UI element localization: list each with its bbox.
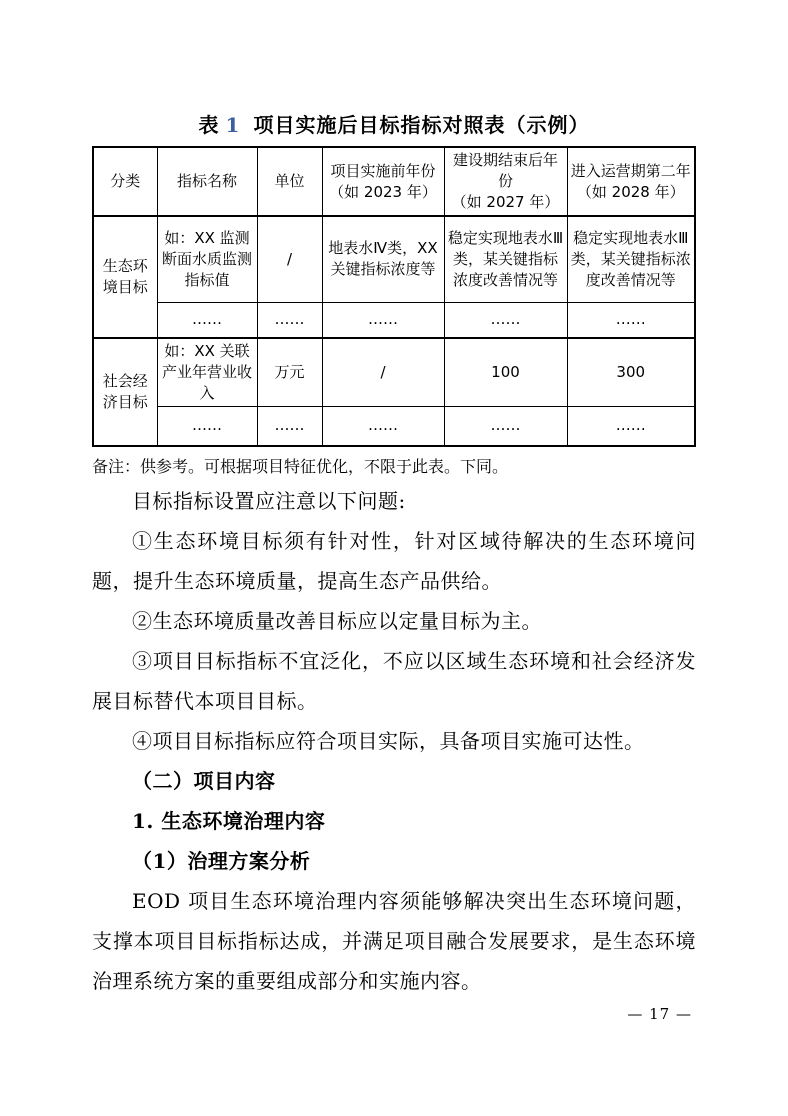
document-page: 表1项目实施后目标指标对照表（示例） 分类 指标名称 单位 项目实施前年份（如 … <box>0 0 788 1116</box>
subsection-heading-eco-governance-content: 1. 生态环境治理内容 <box>92 801 696 841</box>
table-cell: …… <box>567 302 695 338</box>
table-caption-number: 1 <box>226 113 241 137</box>
table-cell: 稳定实现地表水Ⅲ类，某关键指标浓度改善情况等 <box>567 216 695 302</box>
table-cell: 万元 <box>257 338 322 407</box>
table-cell: 如：XX 监测断面水质监测指标值 <box>157 216 257 302</box>
table-caption-label: 表 <box>199 113 220 137</box>
table-row: 社会经济目标 如：XX 关联产业年营业收入 万元 / 100 300 <box>93 338 695 407</box>
paragraph: ①生态环境目标须有针对性，针对区域待解决的生态环境问题，提升生态环境质量，提高生… <box>92 521 696 601</box>
table-caption: 表1项目实施后目标指标对照表（示例） <box>92 112 696 138</box>
column-header-category: 分类 <box>93 147 157 216</box>
body-text: 目标指标设置应注意以下问题: ①生态环境目标须有针对性，针对区域待解决的生态环境… <box>92 481 696 1001</box>
table-footnote: 备注：供参考。可根据项目特征优化，不限于此表。下同。 <box>92 457 696 477</box>
table-row-ellipsis: …… …… …… …… …… <box>93 302 695 338</box>
table-cell: 300 <box>567 338 695 407</box>
table-row: 生态环境目标 如：XX 监测断面水质监测指标值 / 地表水Ⅳ类，XX 关键指标浓… <box>93 216 695 302</box>
paragraph: EOD 项目生态环境治理内容须能够解决突出生态环境问题，支撑本项目目标指标达成，… <box>92 881 696 1001</box>
paragraph: ③项目目标指标不宜泛化，不应以区域生态环境和社会经济发展目标替代本项目目标。 <box>92 641 696 721</box>
column-header-unit: 单位 <box>257 147 322 216</box>
page-content: 表1项目实施后目标指标对照表（示例） 分类 指标名称 单位 项目实施前年份（如 … <box>92 112 696 1001</box>
table-cell: …… <box>157 407 257 446</box>
table-row-ellipsis: …… …… …… …… …… <box>93 407 695 446</box>
table-cell: / <box>322 338 444 407</box>
table-cell: …… <box>322 407 444 446</box>
table-cell: …… <box>157 302 257 338</box>
target-indicator-table: 分类 指标名称 单位 项目实施前年份（如 2023 年） 建设期结束后年份（如 … <box>92 146 696 447</box>
table-cell: …… <box>257 407 322 446</box>
table-cell: …… <box>322 302 444 338</box>
subsection-heading-governance-plan-analysis: （1）治理方案分析 <box>92 841 696 881</box>
table-cell: 如：XX 关联产业年营业收入 <box>157 338 257 407</box>
paragraph: ②生态环境质量改善目标应以定量目标为主。 <box>92 601 696 641</box>
column-header-post-construction-year: 建设期结束后年份（如 2027 年） <box>444 147 567 216</box>
table-cell: …… <box>444 407 567 446</box>
table-cell: / <box>257 216 322 302</box>
table-cell: …… <box>444 302 567 338</box>
table-cell: 地表水Ⅳ类，XX 关键指标浓度等 <box>322 216 444 302</box>
table-cell: …… <box>257 302 322 338</box>
column-header-pre-implementation-year: 项目实施前年份（如 2023 年） <box>322 147 444 216</box>
table-caption-title: 项目实施后目标指标对照表（示例） <box>253 113 589 137</box>
column-header-indicator-name: 指标名称 <box>157 147 257 216</box>
table-cell: …… <box>567 407 695 446</box>
paragraph: 目标指标设置应注意以下问题: <box>92 481 696 521</box>
table-header-row: 分类 指标名称 单位 项目实施前年份（如 2023 年） 建设期结束后年份（如 … <box>93 147 695 216</box>
table-cell: 100 <box>444 338 567 407</box>
column-header-second-operation-year: 进入运营期第二年（如 2028 年） <box>567 147 695 216</box>
section-heading-project-content: （二）项目内容 <box>92 761 696 801</box>
category-cell-eco-environment: 生态环境目标 <box>93 216 157 338</box>
paragraph: ④项目目标指标应符合项目实际，具备项目实施可达性。 <box>92 721 696 761</box>
category-cell-socio-economic: 社会经济目标 <box>93 338 157 446</box>
table-cell: 稳定实现地表水Ⅲ类，某关键指标浓度改善情况等 <box>444 216 567 302</box>
page-number: — 17 — <box>627 1004 692 1024</box>
